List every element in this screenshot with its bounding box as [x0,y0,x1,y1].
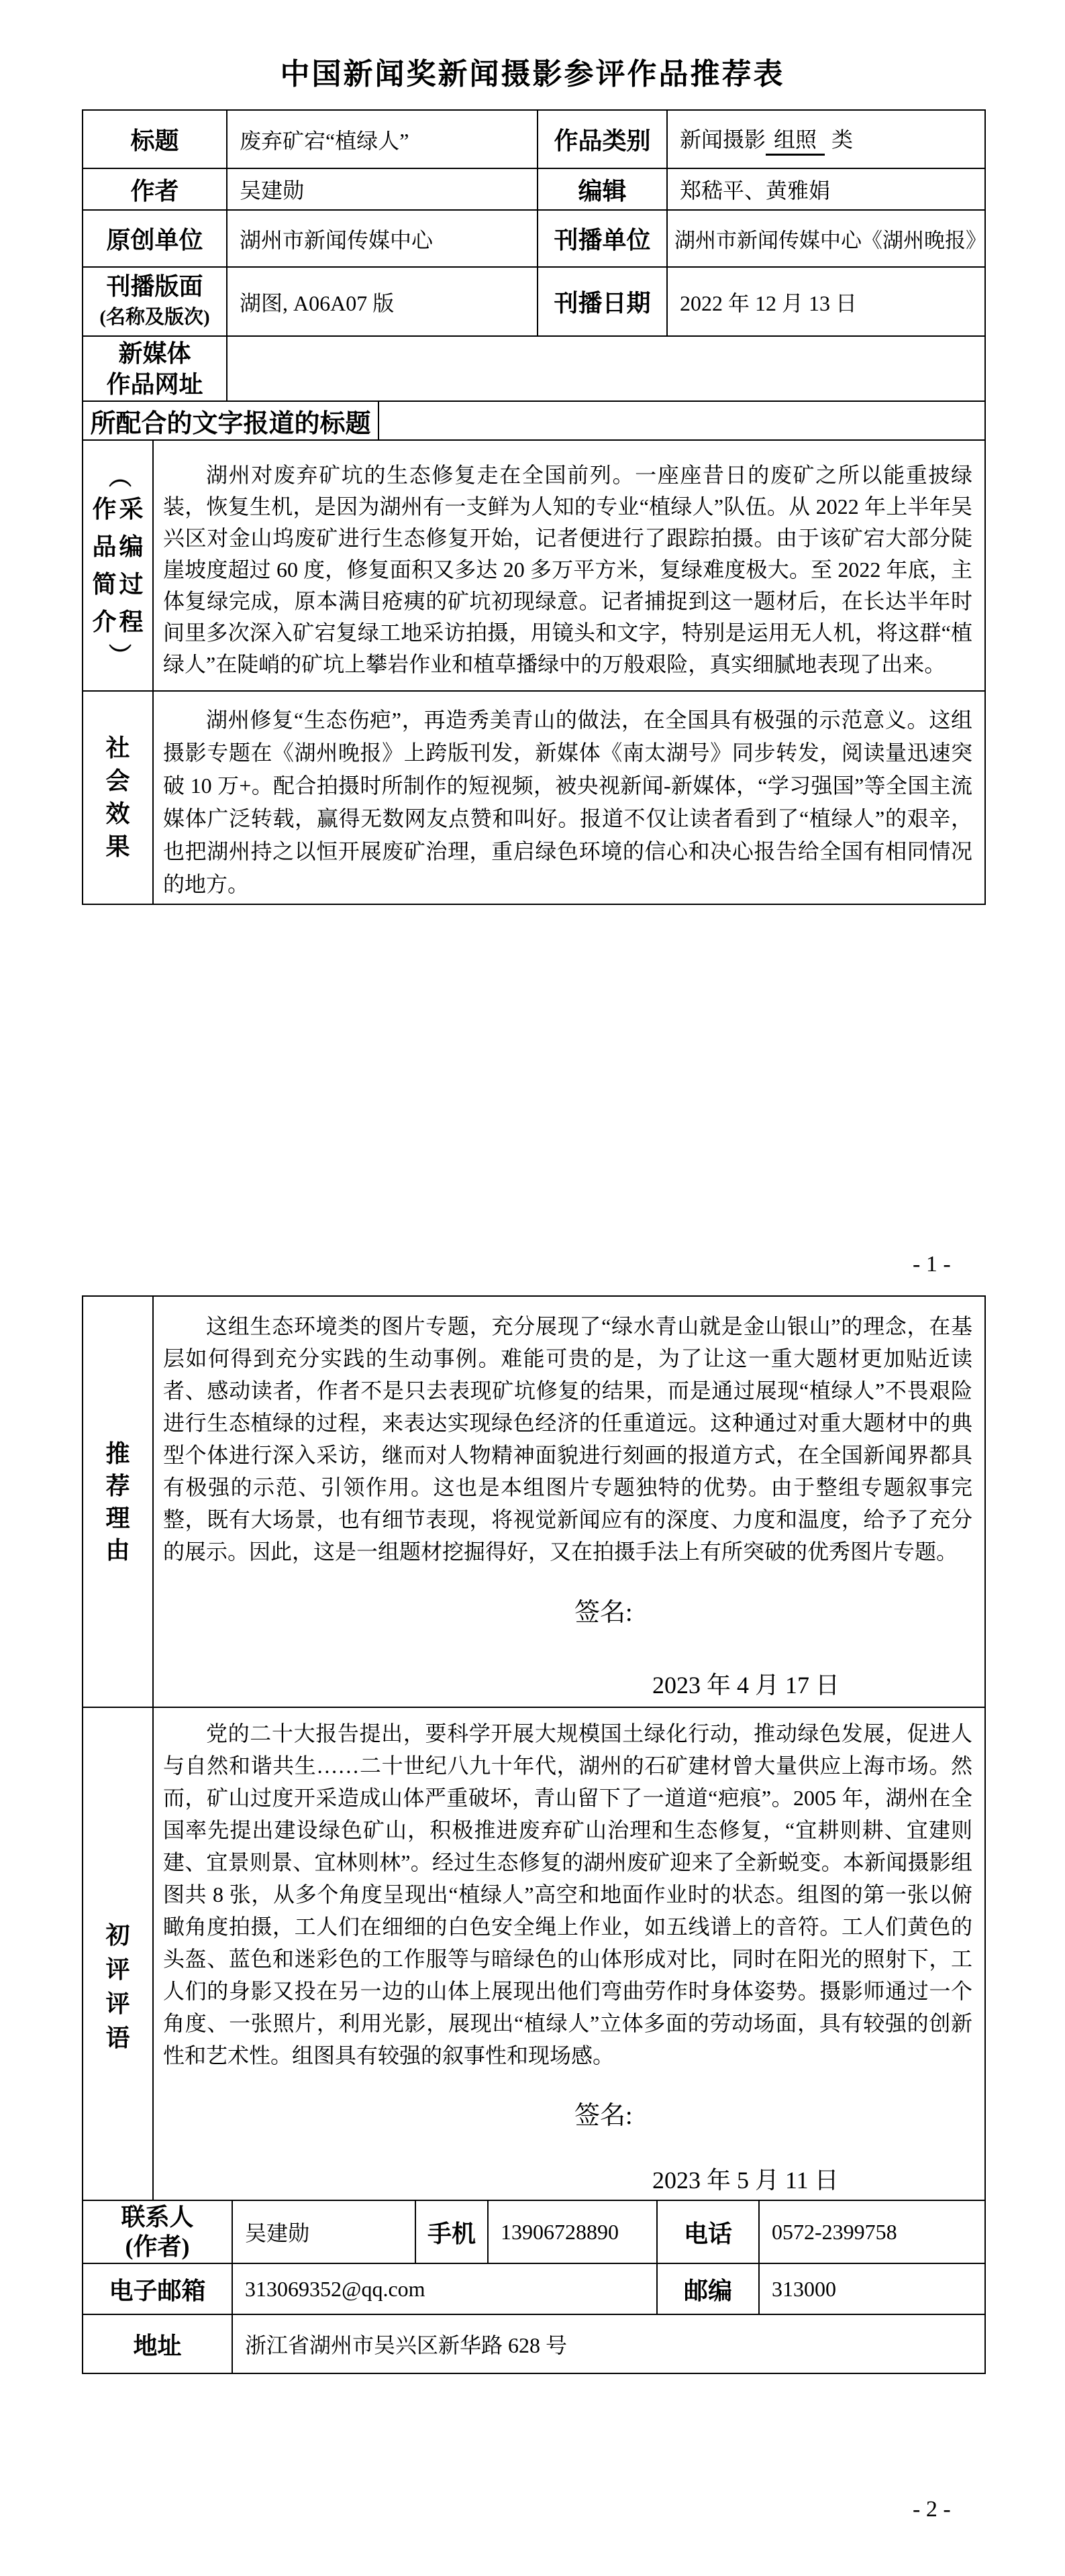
title-value-cell: 废弃矿宕“植绿人” [226,109,538,169]
contact-person-label-line1: 联系人 [121,2202,193,2232]
mobile-label-cell: 手机 [415,2200,489,2264]
publish-date-value-cell: 2022 年 12 月 13 日 [666,266,986,337]
page-number-1: - 1 - [913,1252,951,1277]
intro-label-col-left: 作品简介 [92,490,117,641]
page-title: 中国新闻奖新闻摄影参评作品推荐表 [0,50,1065,93]
initial-review-vertical-label: 初评评语 [105,1919,132,2055]
report-title-label-cell: 所配合的文字报道的标题 [82,400,379,441]
intro-label-col-right: 采编过程 [119,490,144,641]
layout-label-line2: (名称及版次) [99,302,209,333]
social-paragraph: 湖州修复“生态伤疤”，再造秀美青山的做法，在全国具有极强的示范意义。这组摄影专题… [154,692,984,901]
postcode-value-cell: 313000 [758,2263,986,2315]
initial-review-date: 2023 年 5 月 11 日 [652,2161,839,2196]
new-media-label-line1: 新媒体 [118,338,191,369]
email-value-cell: 313069352@qq.com [232,2263,658,2315]
report-title-value-cell [378,400,986,441]
layout-value-cell: 湖图, A06A07 版 [226,266,538,337]
new-media-label-line2: 作品网址 [106,369,203,400]
intro-label-cell: （ 作品简介 采编过程 ） [82,439,154,692]
page-number-2: - 2 - [913,2497,951,2522]
initial-review-paragraph: 党的二十大报告提出，要科学开展大规模国土绿化行动，推动绿色发展，促进人与自然和谐… [154,1708,984,2072]
original-unit-label-cell: 原创单位 [82,209,227,268]
contact-person-value-cell: 吴建勋 [232,2200,416,2264]
layout-label-cell: 刊播版面 (名称及版次) [82,266,227,337]
phone-value-cell: 0572-2399758 [758,2200,986,2264]
intro-vertical-label: （ 作品简介 采编过程 ） [92,462,144,669]
email-label-cell: 电子邮箱 [82,2263,233,2315]
new-media-label-cell: 新媒体 作品网址 [82,335,227,402]
recommend-paragraph: 这组生态环境类的图片专题，充分展现了“绿水青山就是金山银山”的理念，在基层如何得… [154,1297,984,1568]
category-underlined: 组照 [766,123,825,156]
mobile-value-cell: 13906728890 [487,2200,658,2264]
layout-label-line1: 刊播版面 [106,271,203,302]
new-media-value-cell [226,335,986,402]
category-value: 新闻摄影 组照 类 [680,123,853,156]
recommend-label-cell: 推荐理由 [82,1295,154,1708]
initial-review-label-cell: 初评评语 [82,1707,154,2201]
editor-label-cell: 编辑 [537,168,668,211]
recommend-signature-label: 签名: [574,1591,633,1628]
recommend-date: 2023 年 4 月 17 日 [652,1666,840,1701]
phone-label-cell: 电话 [656,2200,760,2264]
recommend-vertical-label: 推荐理由 [105,1438,132,1566]
address-label-cell: 地址 [82,2314,233,2374]
editor-value-cell: 郑嵇平、黄雅娟 [666,168,986,211]
original-unit-value-cell: 湖州市新闻传媒中心 [226,209,538,268]
category-value-cell: 新闻摄影 组照 类 [666,109,986,169]
initial-review-signature-label: 签名: [574,2094,633,2131]
address-value-cell: 浙江省湖州市吴兴区新华路 628 号 [232,2314,986,2374]
intro-paren-open: （ [104,465,132,488]
category-suffix: 类 [831,123,853,154]
contact-person-label-cell: 联系人 (作者) [82,2200,233,2264]
title-label-cell: 标题 [82,109,227,169]
recommendation-form-document: 中国新闻奖新闻摄影参评作品推荐表 标题 废弃矿宕“植绿人” 作品类别 新闻摄影 … [0,0,1065,2576]
intro-paragraph: 湖州对废弃矿坑的生态修复走在全国前列。一座座昔日的废矿之所以能重披绿装，恢复生机… [154,441,984,680]
contact-person-label-line2: (作者) [125,2232,190,2261]
publish-unit-label-cell: 刊播单位 [537,209,668,268]
social-label-cell: 社会效果 [82,690,154,905]
author-label-cell: 作者 [82,168,227,211]
intro-paren-close: ） [104,643,132,666]
category-prefix: 新闻摄影 [680,123,766,154]
postcode-label-cell: 邮编 [656,2263,760,2315]
category-label-cell: 作品类别 [537,109,668,169]
publish-date-label-cell: 刊播日期 [537,266,668,337]
author-value-cell: 吴建勋 [226,168,538,211]
publish-unit-value-cell: 湖州市新闻传媒中心《湖州晚报》 [666,209,986,268]
social-vertical-label: 社会效果 [105,732,132,863]
